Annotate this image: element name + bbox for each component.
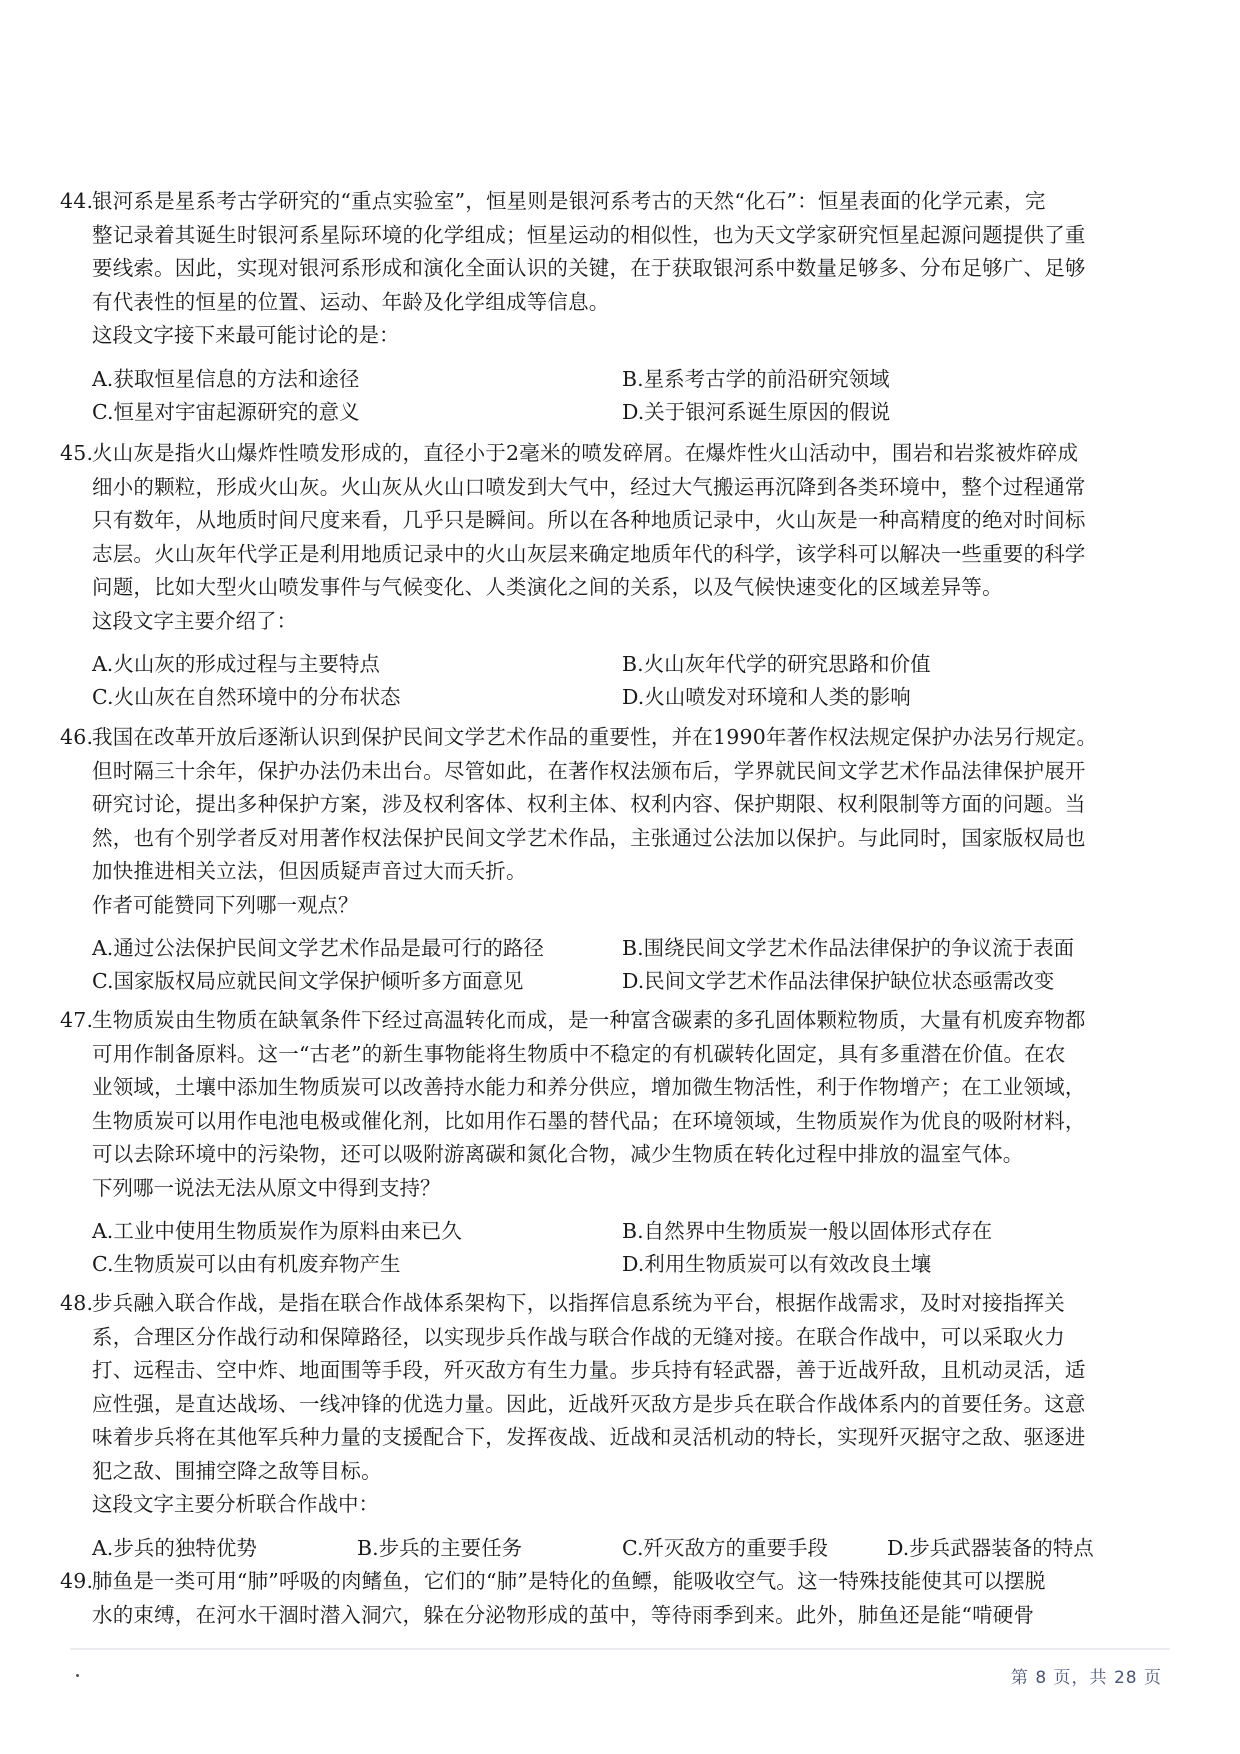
question-text-line: 志层。火山灰年代学正是利用地质记录中的火山灰层来确定地质年代的科学，该学科可以解… xyxy=(60,538,1150,572)
answer-options: A.火山灰的形成过程与主要特点 B.火山灰年代学的研究思路和价值 C.火山灰在自… xyxy=(60,648,1150,714)
question-text-line: 44. 银河系是星系考古学研究的“重点实验室”，恒星则是银河系考古的天然“化石”… xyxy=(60,185,1150,219)
question-text-line: 味着步兵将在其他军兵种力量的支援配合下，发挥夜战、近战和灵活机动的特长，实现歼灭… xyxy=(60,1421,1150,1455)
question-text-line: 打、远程击、空中炸、地面围等手段，歼灭敌方有生力量。步兵持有轻武器，善于近战歼敌… xyxy=(60,1354,1150,1388)
question-number: 46. xyxy=(60,721,93,755)
option-b: B.自然界中生物质炭一般以固体形式存在 xyxy=(622,1215,1152,1248)
question-text-line: 然，也有个别学者反对用著作权法保护民间文学艺术作品，主张通过公法加以保护。与此同… xyxy=(60,822,1150,856)
question-text-line: 生物质炭可以用作电池电极或催化剂，比如用作石墨的替代品；在环境领域，生物质炭作为… xyxy=(60,1105,1150,1139)
option-b: B.火山灰年代学的研究思路和价值 xyxy=(622,648,1152,681)
question-text-line: 整记录着其诞生时银河系星际环境的化学组成；恒星运动的相似性，也为天文学家研究恒星… xyxy=(60,219,1150,253)
question-text-line: 45. 火山灰是指火山爆炸性喷发形成的，直径小于2毫米的喷发碎屑。在爆炸性火山活… xyxy=(60,437,1150,471)
question-prompt: 下列哪一说法无法从原文中得到支持？ xyxy=(60,1172,1150,1206)
question-text-line: 46. 我国在改革开放后逐渐认识到保护民间文学艺术作品的重要性，并在1990年著… xyxy=(60,721,1150,755)
question-number: 47. xyxy=(60,1004,93,1038)
question-47: 47. 生物质炭由生物质在缺氧条件下经过高温转化而成，是一种富含碳素的多孔固体颗… xyxy=(60,1004,1150,1281)
question-text-line: 细小的颗粒，形成火山灰。火山灰从火山口喷发到大气中，经过大气搬运再沉降到各类环境… xyxy=(60,471,1150,505)
question-text-line: 47. 生物质炭由生物质在缺氧条件下经过高温转化而成，是一种富含碳素的多孔固体颗… xyxy=(60,1004,1150,1038)
answer-options: A.工业中使用生物质炭作为原料由来已久 B.自然界中生物质炭一般以固体形式存在 … xyxy=(60,1215,1150,1281)
question-number: 45. xyxy=(60,437,93,471)
option-c: C.国家版权局应就民间文学保护倾听多方面意见 xyxy=(92,965,622,998)
option-b: B.步兵的主要任务 xyxy=(357,1532,622,1565)
option-b: B.围绕民间文学艺术作品法律保护的争议流于表面 xyxy=(622,932,1152,965)
page-number: 第 8 页，共 28 页 xyxy=(1011,1663,1162,1688)
question-text-line: 水的束缚，在河水干涸时潜入洞穴，躲在分泌物形成的茧中，等待雨季到来。此外，肺鱼还… xyxy=(60,1599,1150,1633)
question-text-line: 可以去除环境中的污染物，还可以吸附游离碳和氮化合物，减少生物质在转化过程中排放的… xyxy=(60,1138,1150,1172)
question-prompt: 这段文字主要分析联合作战中： xyxy=(60,1488,1150,1522)
option-c: C.恒星对宇宙起源研究的意义 xyxy=(92,396,622,429)
question-text-line: 48. 步兵融入联合作战，是指在联合作战体系架构下，以指挥信息系统为平台，根据作… xyxy=(60,1287,1150,1321)
answer-options: A.通过公法保护民间文学艺术作品是最可行的路径 B.围绕民间文学艺术作品法律保护… xyxy=(60,932,1150,998)
option-c: C.生物质炭可以由有机废弃物产生 xyxy=(92,1248,622,1281)
question-46: 46. 我国在改革开放后逐渐认识到保护民间文学艺术作品的重要性，并在1990年著… xyxy=(60,721,1150,998)
option-c: C.歼灭敌方的重要手段 xyxy=(622,1532,887,1565)
option-d: D.关于银河系诞生原因的假说 xyxy=(622,396,1152,429)
answer-options: A.获取恒星信息的方法和途径 B.星系考古学的前沿研究领域 C.恒星对宇宙起源研… xyxy=(60,363,1150,429)
question-number: 49. xyxy=(60,1565,93,1599)
question-prompt: 作者可能赞同下列哪一观点？ xyxy=(60,889,1150,923)
option-d: D.民间文学艺术作品法律保护缺位状态亟需改变 xyxy=(622,965,1152,998)
exam-page: 44. 银河系是星系考古学研究的“重点实验室”，恒星则是银河系考古的天然“化石”… xyxy=(0,0,1240,1754)
option-a: A.火山灰的形成过程与主要特点 xyxy=(92,648,622,681)
option-c: C.火山灰在自然环境中的分布状态 xyxy=(92,681,622,714)
question-number: 44. xyxy=(60,185,93,219)
option-a: A.通过公法保护民间文学艺术作品是最可行的路径 xyxy=(92,932,622,965)
footer-divider xyxy=(70,1648,1170,1650)
question-text-line: 加快推进相关立法，但因质疑声音过大而夭折。 xyxy=(60,855,1150,889)
option-d: D.火山喷发对环境和人类的影响 xyxy=(622,681,1152,714)
answer-options: A.步兵的独特优势 B.步兵的主要任务 C.歼灭敌方的重要手段 D.步兵武器装备… xyxy=(60,1532,1150,1565)
question-text-line: 研究讨论，提出多种保护方案，涉及权利客体、权利主体、权利内容、保护期限、权利限制… xyxy=(60,788,1150,822)
question-text-line: 可用作制备原料。这一“古老”的新生事物能将生物质中不稳定的有机碳转化固定，具有多… xyxy=(60,1038,1150,1072)
option-d: D.步兵武器装备的特点 xyxy=(887,1532,1152,1565)
option-a: A.获取恒星信息的方法和途径 xyxy=(92,363,622,396)
question-text-line: 有代表性的恒星的位置、运动、年龄及化学组成等信息。 xyxy=(60,286,1150,320)
question-44: 44. 银河系是星系考古学研究的“重点实验室”，恒星则是银河系考古的天然“化石”… xyxy=(60,185,1150,429)
question-text-line: 要线索。因此，实现对银河系形成和演化全面认识的关键，在于获取银河系中数量足够多、… xyxy=(60,252,1150,286)
question-text-line: 系，合理区分作战行动和保障路径，以实现步兵作战与联合作战的无缝对接。在联合作战中… xyxy=(60,1321,1150,1355)
option-a: A.步兵的独特优势 xyxy=(92,1532,357,1565)
option-b: B.星系考古学的前沿研究领域 xyxy=(622,363,1152,396)
question-45: 45. 火山灰是指火山爆炸性喷发形成的，直径小于2毫米的喷发碎屑。在爆炸性火山活… xyxy=(60,437,1150,714)
option-a: A.工业中使用生物质炭作为原料由来已久 xyxy=(92,1215,622,1248)
footer-dot xyxy=(76,1674,79,1677)
question-text-line: 犯之敌、围捕空降之敌等目标。 xyxy=(60,1455,1150,1489)
question-48: 48. 步兵融入联合作战，是指在联合作战体系架构下，以指挥信息系统为平台，根据作… xyxy=(60,1287,1150,1565)
question-number: 48. xyxy=(60,1287,93,1321)
question-text-line: 业领域，土壤中添加生物质炭可以改善持水能力和养分供应，增加微生物活性，利于作物增… xyxy=(60,1071,1150,1105)
question-text-line: 应性强，是直达战场、一线冲锋的优选力量。因此，近战歼灭敌方是步兵在联合作战体系内… xyxy=(60,1388,1150,1422)
question-text-line: 只有数年，从地质时间尺度来看，几乎只是瞬间。所以在各种地质记录中，火山灰是一种高… xyxy=(60,504,1150,538)
question-prompt: 这段文字主要介绍了： xyxy=(60,605,1150,639)
option-d: D.利用生物质炭可以有效改良土壤 xyxy=(622,1248,1152,1281)
question-text-line: 49. 肺鱼是一类可用“肺”呼吸的肉鳍鱼，它们的“肺”是特化的鱼鳔，能吸收空气。… xyxy=(60,1565,1150,1599)
question-49: 49. 肺鱼是一类可用“肺”呼吸的肉鳍鱼，它们的“肺”是特化的鱼鳔，能吸收空气。… xyxy=(60,1565,1150,1632)
question-text-line: 问题，比如大型火山喷发事件与气候变化、人类演化之间的关系，以及气候快速变化的区域… xyxy=(60,571,1150,605)
question-text-line: 但时隔三十余年，保护办法仍未出台。尽管如此，在著作权法颁布后，学界就民间文学艺术… xyxy=(60,755,1150,789)
question-prompt: 这段文字接下来最可能讨论的是： xyxy=(60,319,1150,353)
